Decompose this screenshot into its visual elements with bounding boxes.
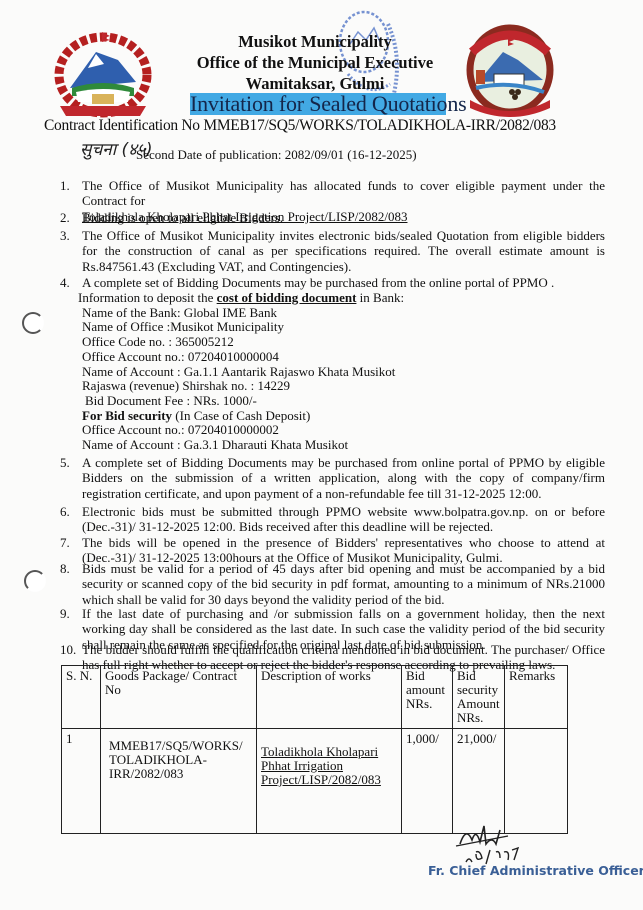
municipality-name: Musikot Municipality — [150, 31, 480, 52]
list-item: 2. Bidding is open to all eligible Bidde… — [60, 210, 605, 225]
cell-bid-security: 21,000/ — [453, 729, 505, 834]
notice-title: Invitation for Sealed Quotations — [190, 93, 446, 115]
office-name: Office of the Municipal Executive — [150, 52, 480, 73]
cell-remarks — [505, 729, 568, 834]
security-account-name: Name of Account : Ga.3.1 Dharauti Khata … — [82, 438, 404, 453]
table-row: 1 MMEB17/SQ5/WORKS/ TOLADIKHOLA-IRR/2082… — [62, 729, 568, 834]
col-description: Description of works — [257, 666, 402, 729]
cell-package: MMEB17/SQ5/WORKS/ TOLADIKHOLA-IRR/2082/0… — [101, 729, 257, 834]
header-block: Musikot Municipality Office of the Munic… — [150, 31, 480, 94]
contract-id-value: MMEB17/SQ5/WORKS/TOLADIKHOLA-IRR/2082/08… — [203, 117, 556, 134]
list-item: 6. Electronic bids must be submitted thr… — [60, 504, 605, 535]
bank-deposit-info: Information to deposit the cost of biddi… — [82, 291, 404, 453]
col-remarks: Remarks — [505, 666, 568, 729]
office-code: Office Code no. : 365005212 — [82, 335, 404, 350]
list-item: 3. The Office of Musikot Municipality in… — [60, 228, 605, 274]
bank-name: Name of the Bank: Global IME Bank — [82, 306, 404, 321]
list-item: 4. A complete set of Bidding Documents m… — [60, 275, 605, 290]
cell-description: Toladikhola Kholapari Phhat Irrigation P… — [261, 744, 381, 787]
punch-hole-mark — [22, 312, 44, 334]
office-account: Office Account no.: 07204010000004 — [82, 350, 404, 365]
bank-info-intro: Information to deposit the cost of biddi… — [78, 291, 404, 306]
nepal-emblem-logo — [48, 30, 158, 120]
bid-details-table: S. N. Goods Package/ Contract No Descrip… — [61, 665, 568, 834]
office-name-field: Name of Office :Musikot Municipality — [82, 320, 404, 335]
security-account: Office Account no.: 07204010000002 — [82, 423, 404, 438]
revenue-head: Rajaswa (revenue) Shirshak no. : 14229 — [82, 379, 404, 394]
bid-document-fee: Bid Document Fee : NRs. 1000/- — [85, 394, 404, 409]
punch-hole-mark — [24, 570, 46, 592]
table-header-row: S. N. Goods Package/ Contract No Descrip… — [62, 666, 568, 729]
list-item: 5. A complete set of Bidding Documents m… — [60, 455, 605, 501]
signatory-title: Fr. Chief Administrative Officer — [428, 863, 643, 878]
account-name: Name of Account : Ga.1.1 Aantarik Rajasw… — [82, 365, 404, 380]
col-bid-security: Bid security Amount NRs. — [453, 666, 505, 729]
publication-date-value: 2082/09/01 (16-12-2025) — [285, 147, 417, 162]
list-item: 8. Bids must be valid for a period of 45… — [60, 561, 605, 607]
contract-id-label: Contract Identification No — [44, 117, 200, 134]
col-bid-amount: Bid amount NRs. — [402, 666, 453, 729]
publication-date: Second Date of publication: 2082/09/01 (… — [136, 147, 417, 163]
col-sn: S. N. — [62, 666, 101, 729]
handwritten-signature — [452, 822, 572, 867]
cell-sn: 1 — [62, 729, 101, 834]
cell-bid-amount: 1,000/ — [402, 729, 453, 834]
col-package: Goods Package/ Contract No — [101, 666, 257, 729]
publication-label: Second Date of publication: — [136, 147, 282, 162]
contract-identification: Contract Identification No MMEB17/SQ5/WO… — [44, 117, 556, 135]
bid-security-heading: For Bid security (In Case of Cash Deposi… — [82, 409, 404, 424]
